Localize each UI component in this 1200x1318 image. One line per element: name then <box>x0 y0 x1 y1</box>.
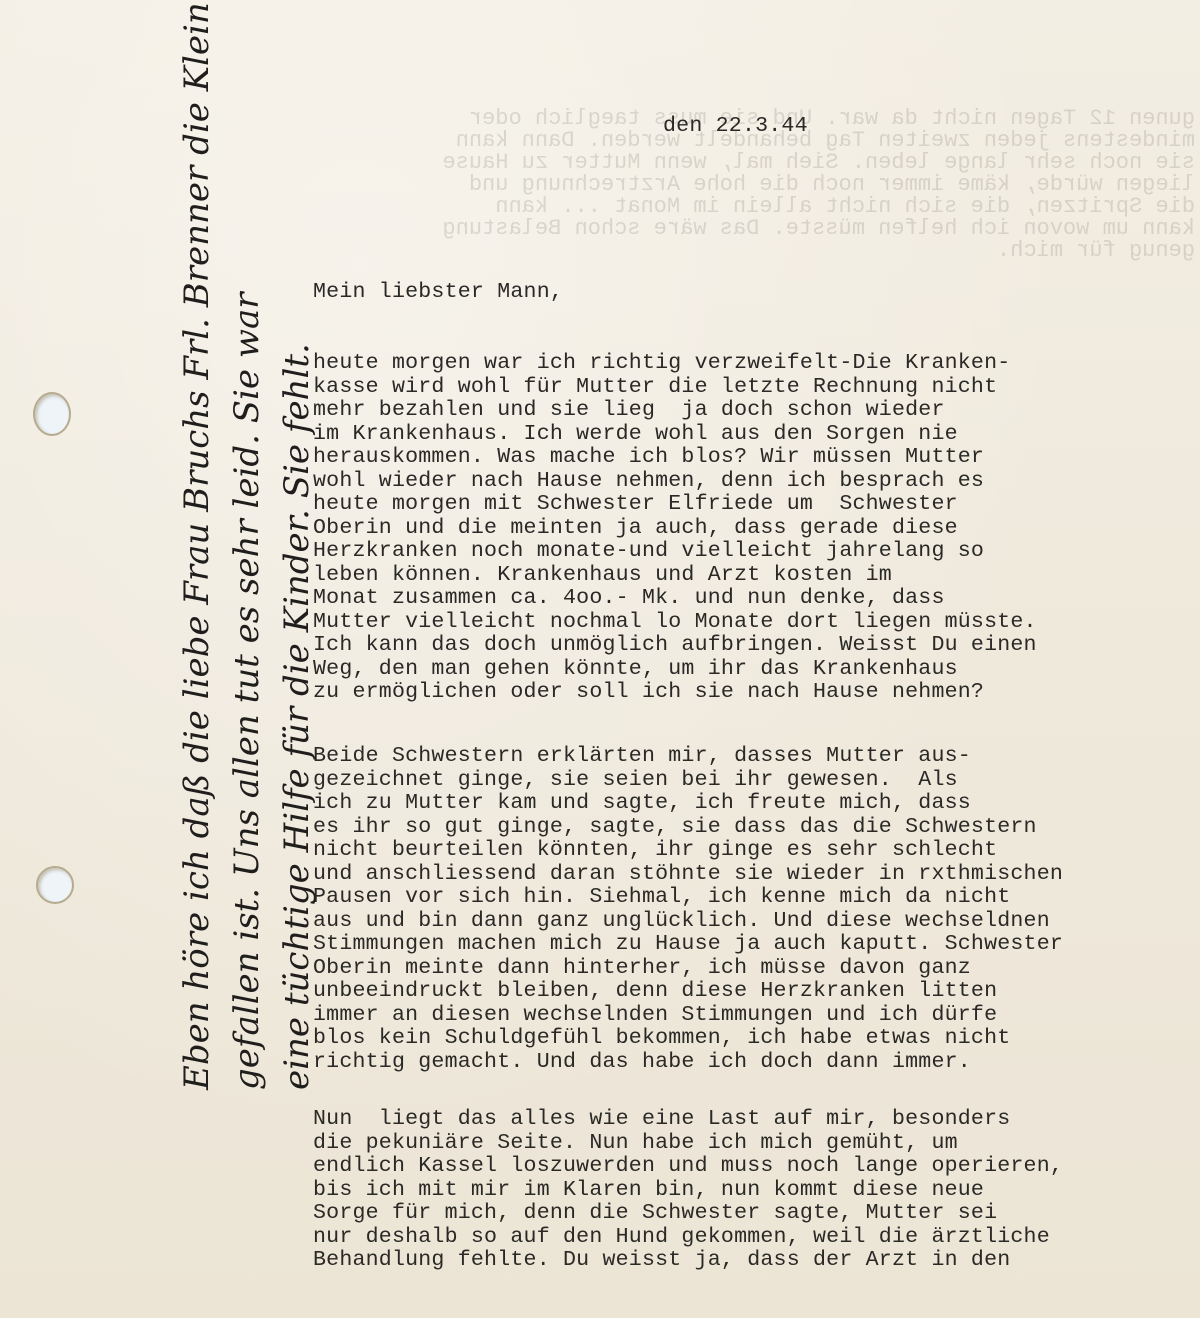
text-line: mehr bezahlen und sie lieg ja doch schon… <box>313 399 1037 423</box>
text-line: Nun liegt das alles wie eine Last auf mi… <box>313 1108 1063 1132</box>
text-line: heute morgen mit Schwester Elfriede um S… <box>313 493 1037 517</box>
margin-note-line: gefallen ist. Uns allen tut es sehr leid… <box>222 70 272 1090</box>
text-line: es ihr so gut ginge, sagte, sie dass das… <box>313 816 1063 840</box>
text-line: kasse wird wohl für Mutter die letzte Re… <box>313 376 1037 400</box>
text-line: Mutter vielleicht nochmal lo Monate dort… <box>313 611 1037 635</box>
margin-note-line: eine tüchtige Hilfe für die Kinder. Sie … <box>272 70 322 1090</box>
paragraph-2: Beide Schwestern erklärten mir, dasses M… <box>313 745 1063 1074</box>
text-line: und anschliessend daran stöhnte sie wied… <box>313 863 1063 887</box>
text-line: ich zu Mutter kam und sagte, ich freute … <box>313 792 1063 816</box>
text-line: Herzkranken noch monate-und vielleicht j… <box>313 540 1037 564</box>
text-line: unbeeindruckt bleiben, denn diese Herzkr… <box>313 980 1063 1004</box>
paragraph-3: Nun liegt das alles wie eine Last auf mi… <box>313 1108 1063 1273</box>
text-line: Oberin und die meinten ja auch, dass ger… <box>313 517 1037 541</box>
text-line: aus und bin dann ganz unglücklich. Und d… <box>313 910 1063 934</box>
text-line: Pausen vor sich hin. Siehmal, ich kenne … <box>313 886 1063 910</box>
text-line: im Krankenhaus. Ich werde wohl aus den S… <box>313 423 1037 447</box>
text-line: nicht beurteilen könnten, ihr ginge es s… <box>313 839 1063 863</box>
text-line: gezeichnet ginge, sie seien bei ihr gewe… <box>313 769 1063 793</box>
text-line: Weg, den man gehen könnte, um ihr das Kr… <box>313 658 1037 682</box>
text-line: bis ich mit mir im Klaren bin, nun kommt… <box>313 1179 1063 1203</box>
paragraph-1: heute morgen war ich richtig verzweifelt… <box>313 352 1037 705</box>
text-line: heute morgen war ich richtig verzweifelt… <box>313 352 1037 376</box>
handwritten-margin-note: Eben höre ich daß die liebe Frau Bruchs … <box>172 70 322 1090</box>
text-line: Sorge für mich, denn die Schwester sagte… <box>313 1202 1063 1226</box>
text-line: Beide Schwestern erklärten mir, dasses M… <box>313 745 1063 769</box>
text-line: Stimmungen machen mich zu Hause ja auch … <box>313 933 1063 957</box>
text-line: die pekuniäre Seite. Nun habe ich mich g… <box>313 1132 1063 1156</box>
text-line: nur deshalb so auf den Hund gekommen, we… <box>313 1226 1063 1250</box>
text-line: endlich Kassel loszuwerden und muss noch… <box>313 1155 1063 1179</box>
letter-salutation: Mein liebster Mann, <box>313 280 563 304</box>
text-line: Behandlung fehlte. Du weisst ja, dass de… <box>313 1249 1063 1273</box>
text-line: herauskommen. Was mache ich blos? Wir mü… <box>313 446 1037 470</box>
punch-hole-top <box>33 392 71 436</box>
text-line: zu ermöglichen oder soll ich sie nach Ha… <box>313 681 1037 705</box>
text-line: Monat zusammen ca. 4oo.- Mk. und nun den… <box>313 587 1037 611</box>
text-line: Ich kann das doch unmöglich aufbringen. … <box>313 634 1037 658</box>
text-line: leben können. Krankenhaus und Arzt koste… <box>313 564 1037 588</box>
text-line: wohl wieder nach Hause nehmen, denn ich … <box>313 470 1037 494</box>
text-line: immer an diesen wechselnden Stimmungen u… <box>313 1004 1063 1028</box>
margin-note-line: Eben höre ich daß die liebe Frau Bruchs … <box>172 70 222 1090</box>
text-line: blos kein Schuldgefühl bekommen, ich hab… <box>313 1027 1063 1051</box>
text-line: richtig gemacht. Und das habe ich doch d… <box>313 1051 1063 1075</box>
letter-date: den 22.3.44 <box>663 114 808 138</box>
text-line: Oberin meinte dann hinterher, ich müsse … <box>313 957 1063 981</box>
punch-hole-bottom <box>36 866 74 904</box>
